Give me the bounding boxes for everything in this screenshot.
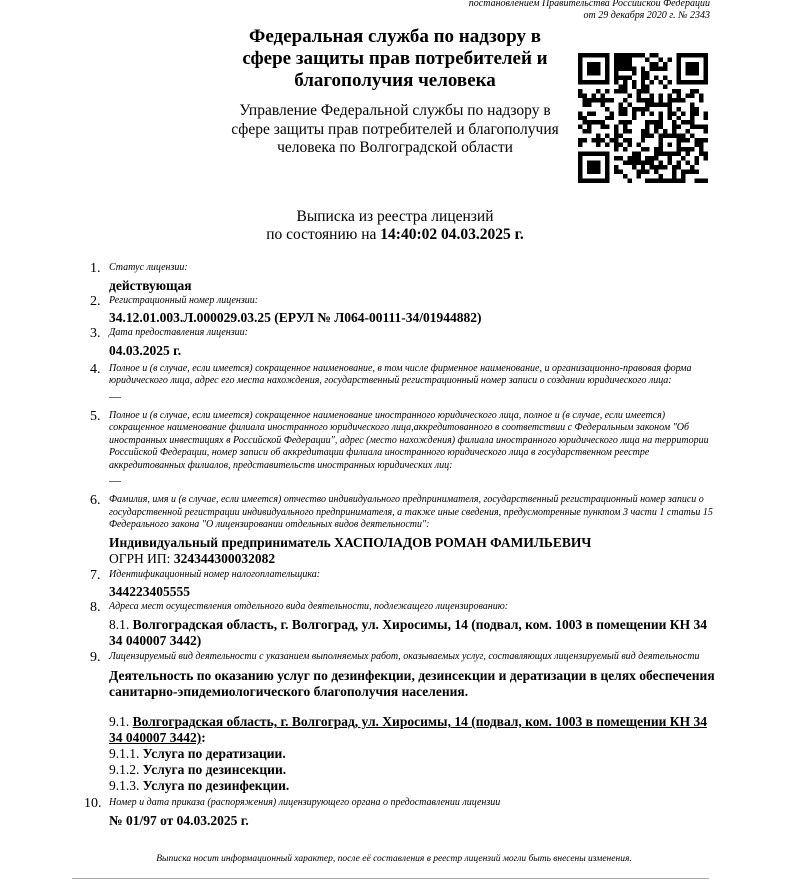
item-order: 10. Номер и дата приказа (распоряжения) …: [80, 797, 720, 829]
service-number: 9.1.1.: [109, 746, 139, 761]
item-number: 1.: [90, 262, 101, 275]
item-number: 3.: [90, 327, 101, 340]
address-text: Волгоградская область, г. Волгоград, ул.…: [109, 617, 707, 648]
item-label: Номер и дата приказа (распоряжения) лице…: [109, 797, 720, 810]
license-issue-date: 04.03.2025 г.: [109, 343, 720, 359]
item-label: Дата предоставления лицензии:: [109, 327, 720, 340]
activity-location: 9.1. Волгоградская область, г. Волгоград…: [109, 714, 720, 746]
ogrn-row: ОГРН ИП: 324344300032082: [109, 551, 720, 567]
agency-title: Федеральная служба по надзору в сфере за…: [230, 26, 560, 92]
item-activity-addresses: 8. Адреса мест осуществления отдельного …: [80, 601, 720, 649]
license-details-list: 1. Статус лицензии: действующая 2. Регис…: [80, 262, 720, 829]
service-text: Услуга по дезинфекции.: [143, 778, 290, 793]
item-label: Статус лицензии:: [109, 262, 720, 275]
ogrn-value: 324344300032082: [174, 551, 275, 566]
item-number: 10.: [84, 797, 102, 810]
item-foreign-entity: 5. Полное и (в случае, если имеется) сок…: [80, 410, 720, 488]
ogrn-label: ОГРН ИП:: [109, 551, 170, 566]
item-label: Фамилия, имя и (в случае, если имеется) …: [109, 494, 720, 532]
service-text: Услуга по дератизации.: [143, 746, 286, 761]
item-inn: 7. Идентификационный номер налогоплатель…: [80, 569, 720, 601]
approval-note-line1: постановлением Правительства Российской …: [469, 0, 710, 10]
approval-note-line2: от 29 декабря 2020 г. № 2343: [469, 10, 710, 22]
disclaimer-note: Выписка носит информационный характер, п…: [80, 854, 708, 865]
inn-value: 344223405555: [109, 584, 720, 600]
service-number: 9.1.3.: [109, 778, 139, 793]
entrepreneur-name: Индивидуальный предприниматель ХАСПОЛАДО…: [109, 535, 720, 551]
location-number: 9.1.: [109, 714, 129, 729]
service-number: 9.1.2.: [109, 762, 139, 777]
item-label: Регистрационный номер лицензии:: [109, 295, 720, 308]
activity-address: 8.1. Волгоградская область, г. Волгоград…: [109, 617, 720, 649]
extract-title: Выписка из реестра лицензий по состоянию…: [200, 208, 590, 244]
approval-note: постановлением Правительства Российской …: [469, 0, 710, 22]
service-text: Услуга по дезинсекции.: [143, 762, 286, 777]
footer-divider: [72, 878, 709, 879]
extract-state-prefix: по состоянию на: [266, 226, 376, 243]
item-number: 4.: [90, 363, 101, 376]
licensed-activity: Деятельность по оказанию услуг по дезинф…: [109, 668, 720, 700]
item-label: Адреса мест осуществления отдельного вид…: [109, 601, 720, 614]
extract-state-datetime: 14:40:02 04.03.2025 г.: [380, 226, 524, 243]
item-number: 7.: [90, 569, 101, 582]
qr-code-icon: [578, 53, 708, 183]
service-item: 9.1.1. Услуга по дератизации.: [109, 746, 720, 762]
service-item: 9.1.2. Услуга по дезинсекции.: [109, 762, 720, 778]
item-number: 5.: [90, 410, 101, 423]
item-number: 6.: [90, 494, 101, 507]
department-title: Управление Федеральной службы по надзору…: [230, 102, 560, 158]
item-label: Полное и (в случае, если имеется) сокращ…: [109, 363, 720, 388]
license-reg-number: 34.12.01.003.Л.000029.03.25 (ЕРУЛ № Л064…: [109, 310, 720, 326]
item-entrepreneur: 6. Фамилия, имя и (в случае, если имеетс…: [80, 494, 720, 567]
address-number: 8.1.: [109, 617, 129, 632]
item-label: Лицензируемый вид деятельности с указани…: [109, 651, 720, 664]
item-label: Идентификационный номер налогоплательщик…: [109, 569, 720, 582]
item-status: 1. Статус лицензии: действующая: [80, 262, 720, 294]
service-item: 9.1.3. Услуга по дезинфекции.: [109, 778, 720, 794]
foreign-entity-value: —: [109, 473, 720, 487]
item-licensed-activity: 9. Лицензируемый вид деятельности с указ…: [80, 651, 720, 795]
location-address: Волгоградская область, г. Волгоград, ул.…: [109, 714, 707, 745]
license-status: действующая: [109, 278, 720, 294]
legal-entity-value: —: [109, 389, 720, 403]
extract-heading: Выписка из реестра лицензий: [200, 208, 590, 226]
item-reg-number: 2. Регистрационный номер лицензии: 34.12…: [80, 295, 720, 327]
item-label: Полное и (в случае, если имеется) сокращ…: [109, 410, 720, 473]
location-suffix: :: [201, 730, 206, 745]
item-issue-date: 3. Дата предоставления лицензии: 04.03.2…: [80, 327, 720, 359]
item-number: 2.: [90, 295, 101, 308]
extract-state: по состоянию на 14:40:02 04.03.2025 г.: [200, 226, 590, 244]
item-number: 9.: [90, 651, 101, 664]
item-number: 8.: [90, 601, 101, 614]
order-value: № 01/97 от 04.03.2025 г.: [109, 813, 720, 829]
item-legal-entity: 4. Полное и (в случае, если имеется) сок…: [80, 363, 720, 403]
